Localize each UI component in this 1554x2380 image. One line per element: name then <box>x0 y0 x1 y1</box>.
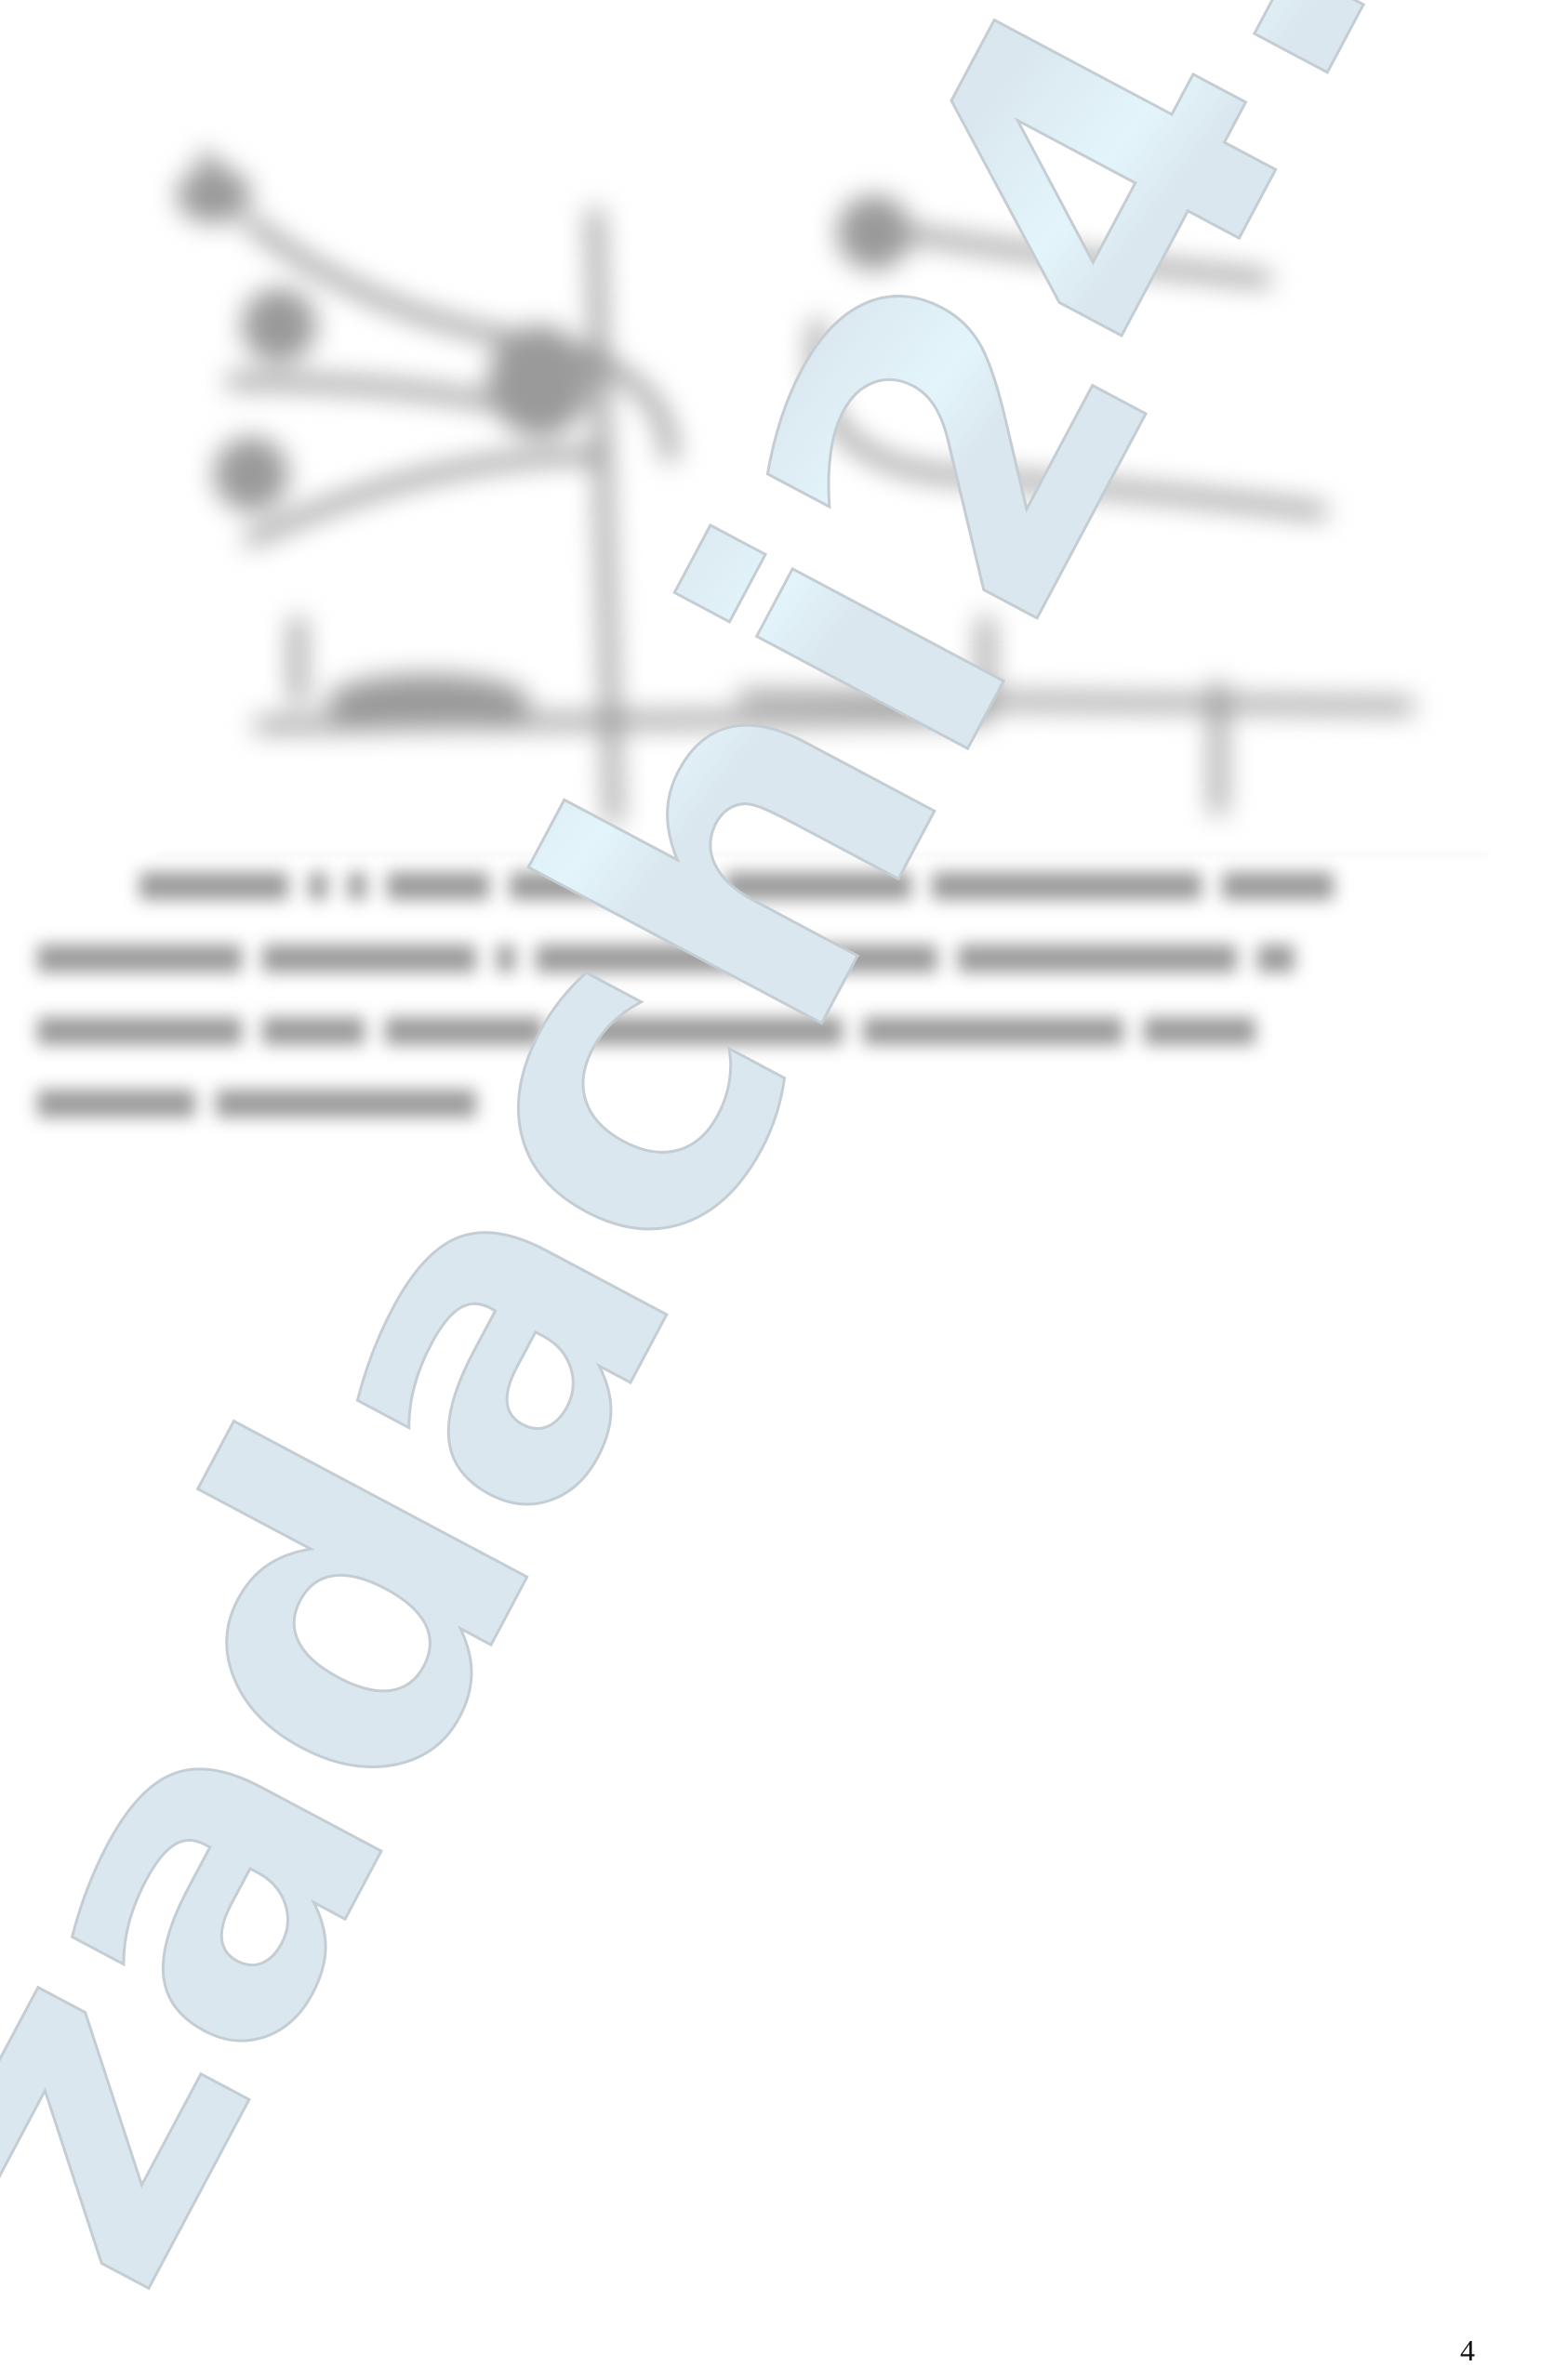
blurred-figure <box>149 102 1414 846</box>
caption-line <box>37 937 1469 980</box>
page-number: 4 <box>1460 2334 1475 2368</box>
caption-line <box>37 1010 1469 1052</box>
figure-separator <box>158 853 1488 855</box>
caption-line <box>37 865 1469 907</box>
caption-line <box>37 1082 1469 1125</box>
figure-caption-blurred <box>37 865 1469 1155</box>
figure-diagram <box>149 102 1414 846</box>
